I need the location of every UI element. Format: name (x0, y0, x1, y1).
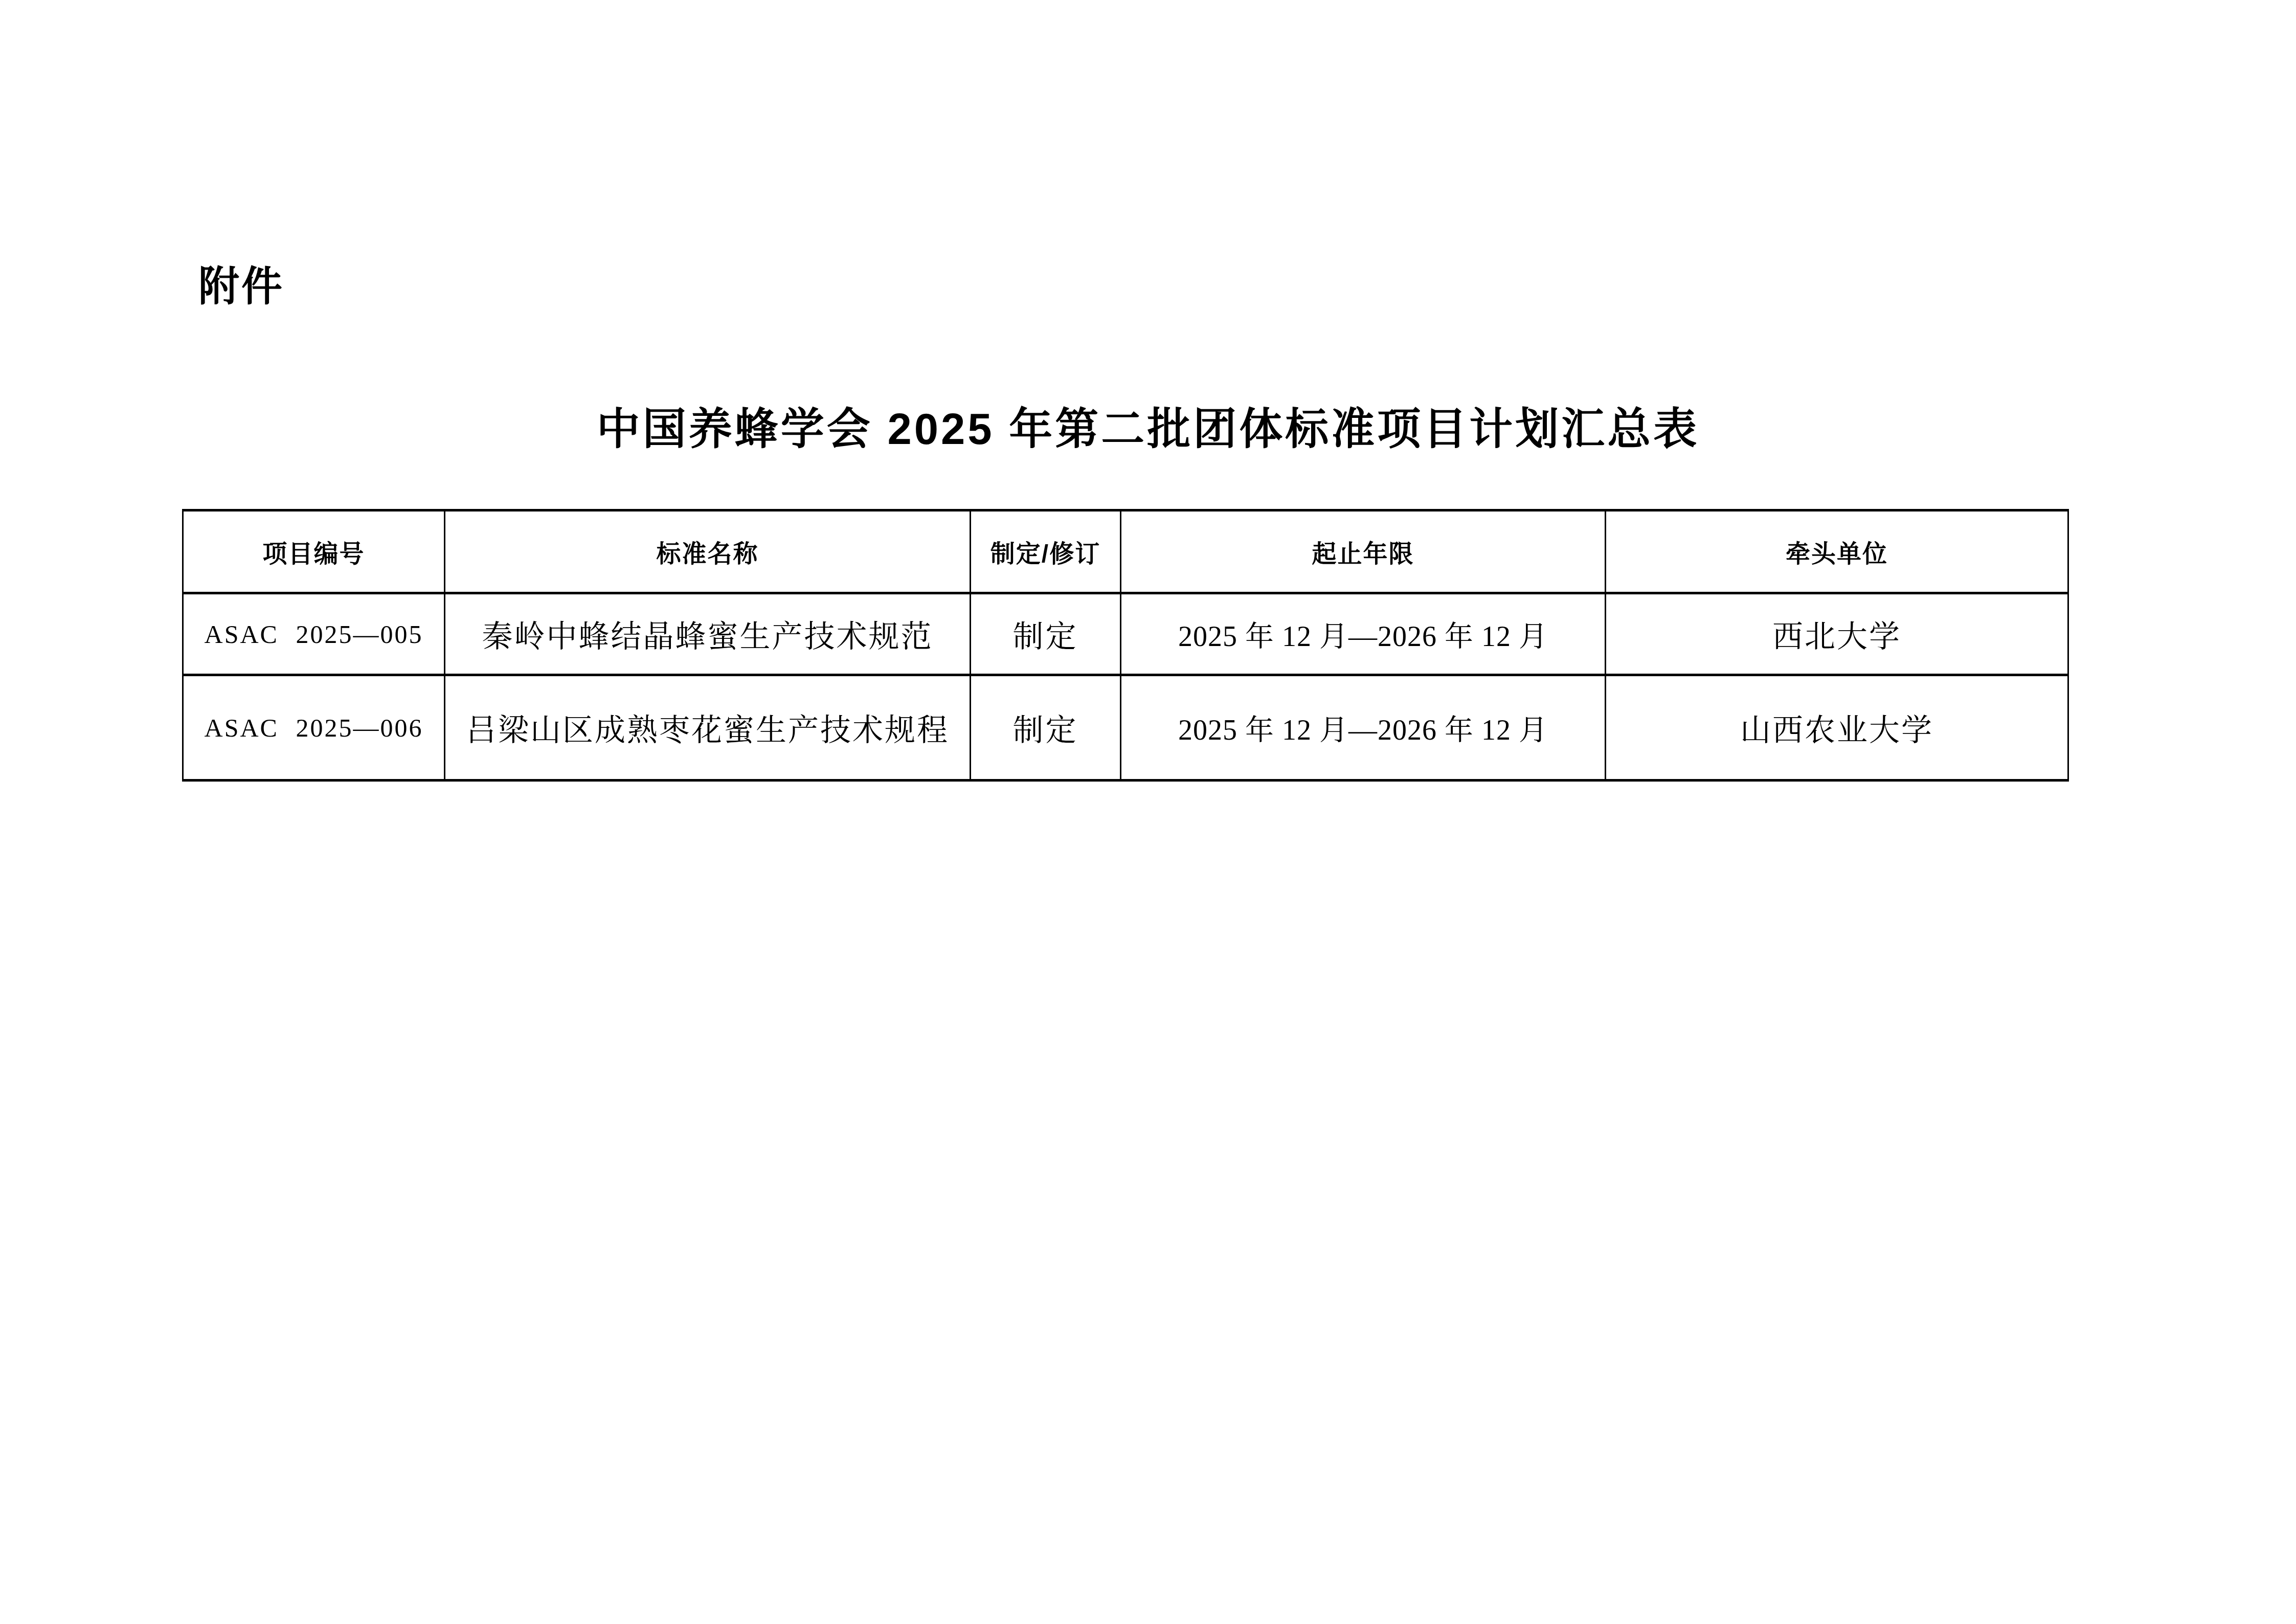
table-row: ASAC 2025—006 吕梁山区成熟枣花蜜生产技术规程 制定 2025 年 … (183, 675, 2068, 781)
cell-standard-name: 吕梁山区成熟枣花蜜生产技术规程 (445, 675, 971, 781)
cell-lead-unit: 西北大学 (1606, 593, 2068, 675)
cell-formulate-revise: 制定 (971, 593, 1121, 675)
column-header-period: 起止年限 (1121, 510, 1606, 593)
cell-period: 2025 年 12 月—2026 年 12 月 (1121, 593, 1606, 675)
cell-project-number: ASAC 2025—006 (183, 675, 445, 781)
table-row: ASAC 2025—005 秦岭中蜂结晶蜂蜜生产技术规范 制定 2025 年 1… (183, 593, 2068, 675)
attachment-label: 附件 (198, 264, 284, 309)
document-page: 附件 中国养蜂学会 2025 年第二批团体标准项目计划汇总表 项目编号 标准名称… (0, 0, 2296, 1624)
column-header-lead-unit: 牵头单位 (1606, 510, 2068, 593)
cell-standard-name: 秦岭中蜂结晶蜂蜜生产技术规范 (445, 593, 971, 675)
column-header-formulate-revise: 制定/修订 (971, 510, 1121, 593)
table-header-row: 项目编号 标准名称 制定/修订 起止年限 牵头单位 (183, 510, 2068, 593)
cell-formulate-revise: 制定 (971, 675, 1121, 781)
page-title: 中国养蜂学会 2025 年第二批团体标准项目计划汇总表 (0, 406, 2296, 454)
column-header-standard-name: 标准名称 (445, 510, 971, 593)
cell-lead-unit: 山西农业大学 (1606, 675, 2068, 781)
standards-plan-table: 项目编号 标准名称 制定/修订 起止年限 牵头单位 ASAC 2025—005 … (182, 509, 2069, 782)
column-header-project-number: 项目编号 (183, 510, 445, 593)
cell-period: 2025 年 12 月—2026 年 12 月 (1121, 675, 1606, 781)
cell-project-number: ASAC 2025—005 (183, 593, 445, 675)
